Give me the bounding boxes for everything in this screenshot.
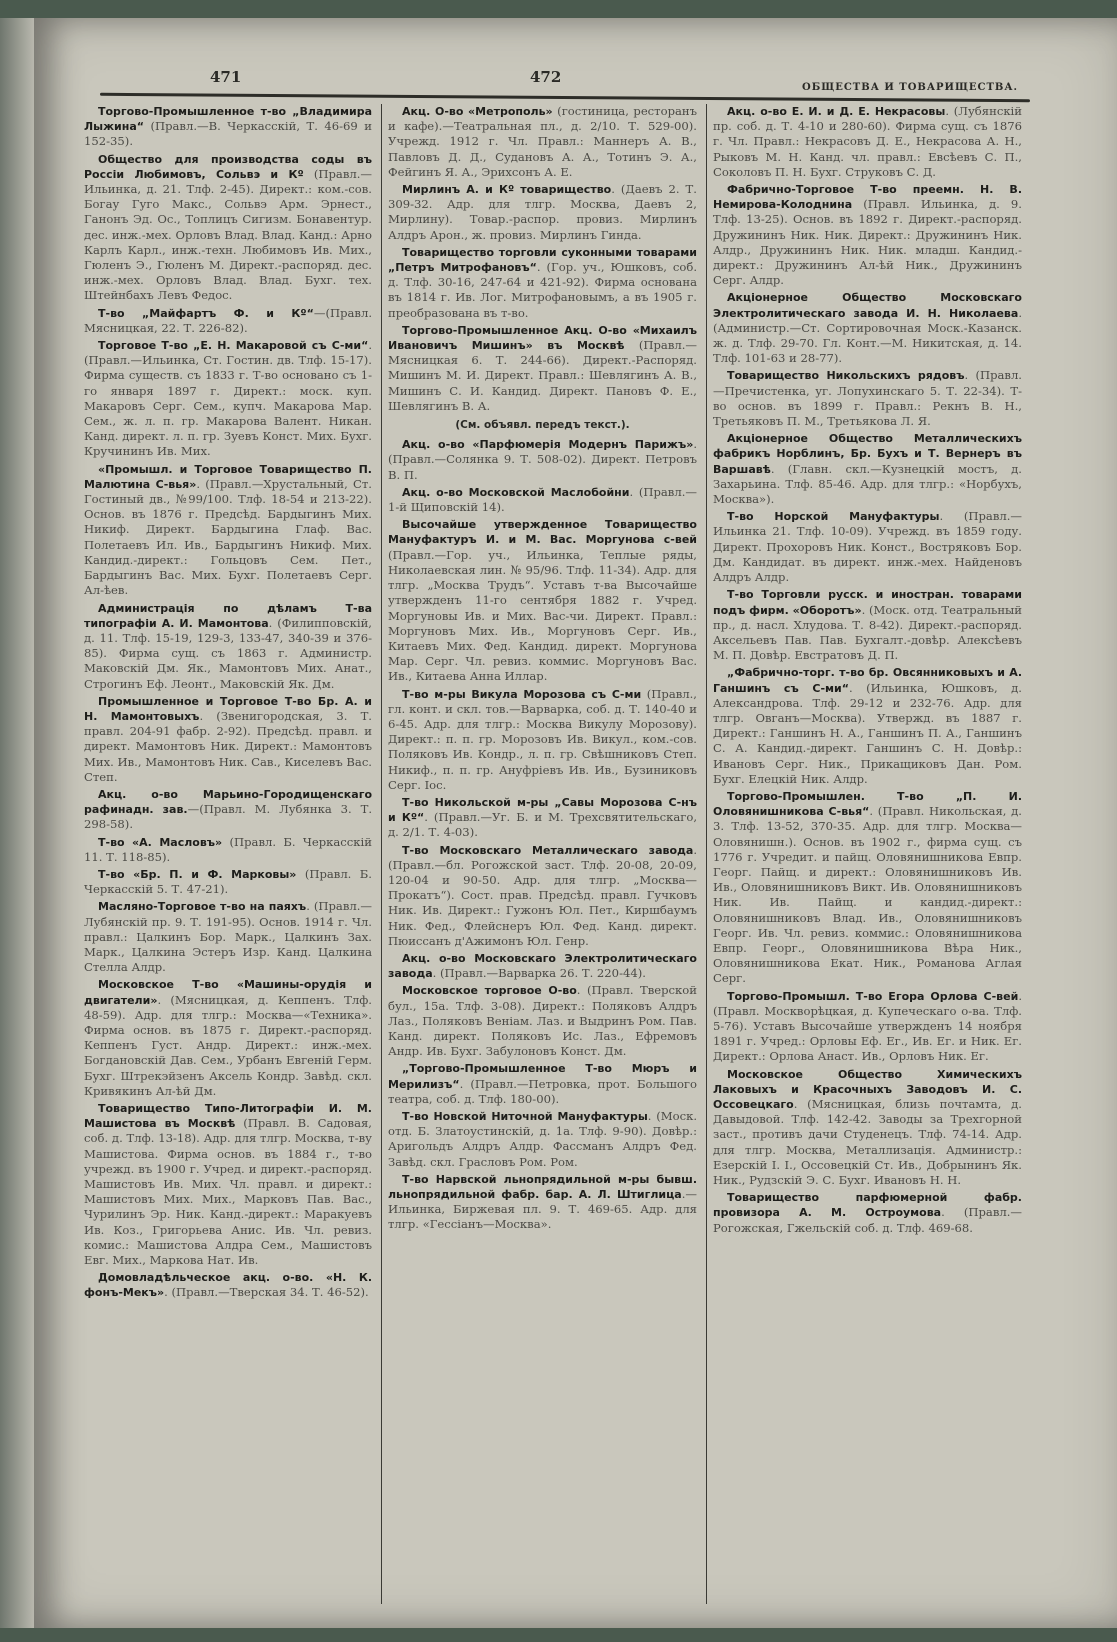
column-2: Акц. О-во «Метрополь» (гостиница, рестор… xyxy=(381,104,703,1604)
entry-details: . (Правл.—бл. Рогожской заст. Тлф. 20-08… xyxy=(388,843,697,948)
company-name: Торгово-Промышл. Т-во Егора Орлова С-вей xyxy=(727,990,1018,1003)
company-name: Масляно-Торговое т-во на паяхъ xyxy=(98,900,306,913)
directory-entry: Торгово-Промышленное т-во „Владимира Лыж… xyxy=(84,104,372,150)
entry-details: . (Правл.—Варварка 26. Т. 220-44). xyxy=(433,966,646,980)
entry-details: (Правл.—Ильинка, д. 21. Тлф. 2-45). Дире… xyxy=(84,167,372,303)
directory-entry: Мирлинъ А. и Кº товарищество. (Даевъ 2. … xyxy=(388,182,697,243)
entry-details: . (Ильинка, Юшковъ, д. Александрова. Тлф… xyxy=(713,681,1022,786)
page-header: 471 472 ОБЩЕСТВА И ТОВАРИЩЕСТВА. xyxy=(60,62,1020,102)
entry-details: . (Правл.—Ильинка, Ст. Гостин. дв. Тлф. … xyxy=(84,338,372,458)
directory-entry: Т-во Никольской м-ры „Савы Морозова С-нъ… xyxy=(388,795,697,841)
directory-entry: Товарищество парфюмерной фабр. провизора… xyxy=(713,1190,1022,1236)
directory-entry: Фабрично-Торговое Т-во преемн. Н. В. Нем… xyxy=(713,182,1022,288)
directory-entry: Торговое Т-во „Е. Н. Макаровой съ С-ми“.… xyxy=(84,338,372,460)
directory-entry: Общество для производства соды въ Россіи… xyxy=(84,152,372,304)
directory-entry: Т-во Московскаго Металлическаго завода. … xyxy=(388,843,697,949)
company-name: Акц. о-во Московской Маслобойни xyxy=(402,486,629,499)
directory-entry: Домовладѣльческое акц. о-во. «Н. К. фонъ… xyxy=(84,1270,372,1300)
text-columns: Торгово-Промышленное т-во „Владимира Лыж… xyxy=(78,104,1028,1604)
column-3: Акц. о-во Е. И. и Д. Е. Некрасовы. (Лубя… xyxy=(706,104,1028,1604)
company-name: Т-во „Майфартъ Ф. и Кº“ xyxy=(98,307,314,320)
header-rule xyxy=(100,93,1030,102)
directory-entry: Акц. о-во «Парфюмерія Модернъ Парижъ». (… xyxy=(388,437,697,483)
company-name: Торговое Т-во „Е. Н. Макаровой съ С-ми“ xyxy=(98,339,368,352)
directory-entry: Товарищество торговли суконными товарами… xyxy=(388,245,697,321)
directory-entry: Т-во Новской Ниточной Мануфактуры. (Моск… xyxy=(388,1109,697,1170)
directory-entry: Акціонерное Общество Московскаго Электро… xyxy=(713,290,1022,366)
company-name: Т-во Норской Мануфактуры xyxy=(727,510,939,523)
page-number-left: 471 xyxy=(210,68,241,86)
directory-entry: Т-во м-ры Викула Морозова съ С-ми (Правл… xyxy=(388,687,697,793)
directory-entry: Акц. о-во Е. И. и Д. Е. Некрасовы. (Лубя… xyxy=(713,104,1022,180)
directory-entry: Промышленное и Торговое Т-во Бр. А. и Н.… xyxy=(84,694,372,785)
directory-entry: Акціонерное Общество Металлическихъ фабр… xyxy=(713,431,1022,507)
directory-entry: Администрація по дѣламъ Т-ва типографіи … xyxy=(84,601,372,692)
company-name: Акц. О-во «Метрополь» xyxy=(402,105,553,118)
directory-entry: „Торгово-Промышленное Т-во Мюръ и Мерили… xyxy=(388,1061,697,1107)
directory-entry: Т-во Торговли русск. и иностран. товарам… xyxy=(713,587,1022,663)
company-name: Т-во Московскаго Металлическаго завода xyxy=(402,844,693,857)
column-1: Торгово-Промышленное т-во „Владимира Лыж… xyxy=(78,104,378,1604)
company-name: Акціонерное Общество Московскаго Электро… xyxy=(713,291,1022,319)
directory-entry: Московское торговое О-во. (Правл. Тверск… xyxy=(388,983,697,1059)
company-name: Т-во Нарвской льнопрядильной м-ры бывш. … xyxy=(388,1173,697,1201)
running-title: ОБЩЕСТВА И ТОВАРИЩЕСТВА. xyxy=(802,82,1018,93)
directory-entry: Масляно-Торговое т-во на паяхъ. (Правл.—… xyxy=(84,899,372,975)
directory-entry: Т-во „Майфартъ Ф. и Кº“—(Правл. Мясницка… xyxy=(84,306,372,336)
directory-entry: Акц. О-во «Метрополь» (гостиница, рестор… xyxy=(388,104,697,180)
directory-entry: Акц. о-во Московской Маслобойни. (Правл.… xyxy=(388,485,697,515)
company-name: Мирлинъ А. и Кº товарищество xyxy=(402,183,611,196)
directory-entry: Торгово-Промышленное Акц. О-во «Михаилъ … xyxy=(388,323,697,414)
company-name: Акц. о-во Е. И. и Д. Е. Некрасовы xyxy=(727,105,945,118)
entry-details: (Правл. В. Садовая, соб. д. Тлф. 13-18).… xyxy=(84,1116,372,1267)
directory-entry: Акц. о-во Марьино-Городищенскаго рафинад… xyxy=(84,787,372,833)
directory-entry: „Фабрично-торг. т-во бр. Овсянниковыхъ и… xyxy=(713,665,1022,787)
cross-reference-note: (См. объявл. передъ текст.). xyxy=(388,418,697,433)
entry-details: . (Мясницкая, д. Кеппенъ. Тлф. 48-59). А… xyxy=(84,993,372,1098)
directory-entry: Т-во «Бр. П. и Ф. Марковы» (Правл. Б. Че… xyxy=(84,867,372,897)
company-name: Т-во «Бр. П. и Ф. Марковы» xyxy=(98,868,296,881)
page-number-center: 472 xyxy=(530,68,561,86)
entry-details: (Правл., гл. конт. и скл. тов.—Варварка,… xyxy=(388,687,697,792)
directory-entry: «Промышл. и Торговое Товарищество П. Мал… xyxy=(84,462,372,599)
company-name: Товарищество Никольскихъ рядовъ xyxy=(727,369,965,382)
directory-entry: Товарищество Никольскихъ рядовъ. (Правл.… xyxy=(713,368,1022,429)
entry-details: (Правл.—Гор. уч., Ильинка, Теплые ряды, … xyxy=(388,548,697,684)
directory-entry: Торгово-Промышлен. Т-во „П. И. Оловянишн… xyxy=(713,789,1022,987)
company-name: Т-во Новской Ниточной Мануфактуры xyxy=(402,1110,648,1123)
company-name: Высочайше утвержденное Товарищество Ману… xyxy=(388,518,697,546)
directory-entry: Акц. о-во Московскаго Электролитическаго… xyxy=(388,951,697,981)
entry-details: . (Правл.—Уг. Б. и М. Трехсвятительскаго… xyxy=(388,810,697,839)
company-name: Московское торговое О-во xyxy=(402,984,577,997)
directory-entry: Высочайше утвержденное Товарищество Ману… xyxy=(388,517,697,684)
entry-details: . (Правл. Никольская, д. 3. Тлф. 13-52, … xyxy=(713,804,1022,985)
company-name: Т-во м-ры Викула Морозова съ С-ми xyxy=(402,688,641,701)
directory-entry: Московское Т-во «Машины-орудія и двигате… xyxy=(84,977,372,1099)
directory-entry: Т-во Норской Мануфактуры. (Правл.—Ильинк… xyxy=(713,509,1022,585)
entry-details: . (Правл.—Хрустальный, Ст. Гостиный дв.,… xyxy=(84,477,372,597)
company-name: Т-во «А. Масловъ» xyxy=(98,836,222,849)
directory-entry: Московское Общество Химическихъ Лаковыхъ… xyxy=(713,1067,1022,1189)
company-name: Акц. о-во «Парфюмерія Модернъ Парижъ» xyxy=(402,438,693,451)
directory-entry: Т-во Нарвской льнопрядильной м-ры бывш. … xyxy=(388,1172,697,1233)
directory-entry: Т-во «А. Масловъ» (Правл. Б. Черкасскій … xyxy=(84,835,372,865)
entry-details: . (Правл.—Тверская 34. Т. 46-52). xyxy=(164,1285,369,1299)
book-spine-edge xyxy=(0,18,34,1628)
directory-entry: Торгово-Промышл. Т-во Егора Орлова С-вей… xyxy=(713,989,1022,1065)
directory-entry: Товарищество Типо-Литографіи И. М. Машис… xyxy=(84,1101,372,1268)
